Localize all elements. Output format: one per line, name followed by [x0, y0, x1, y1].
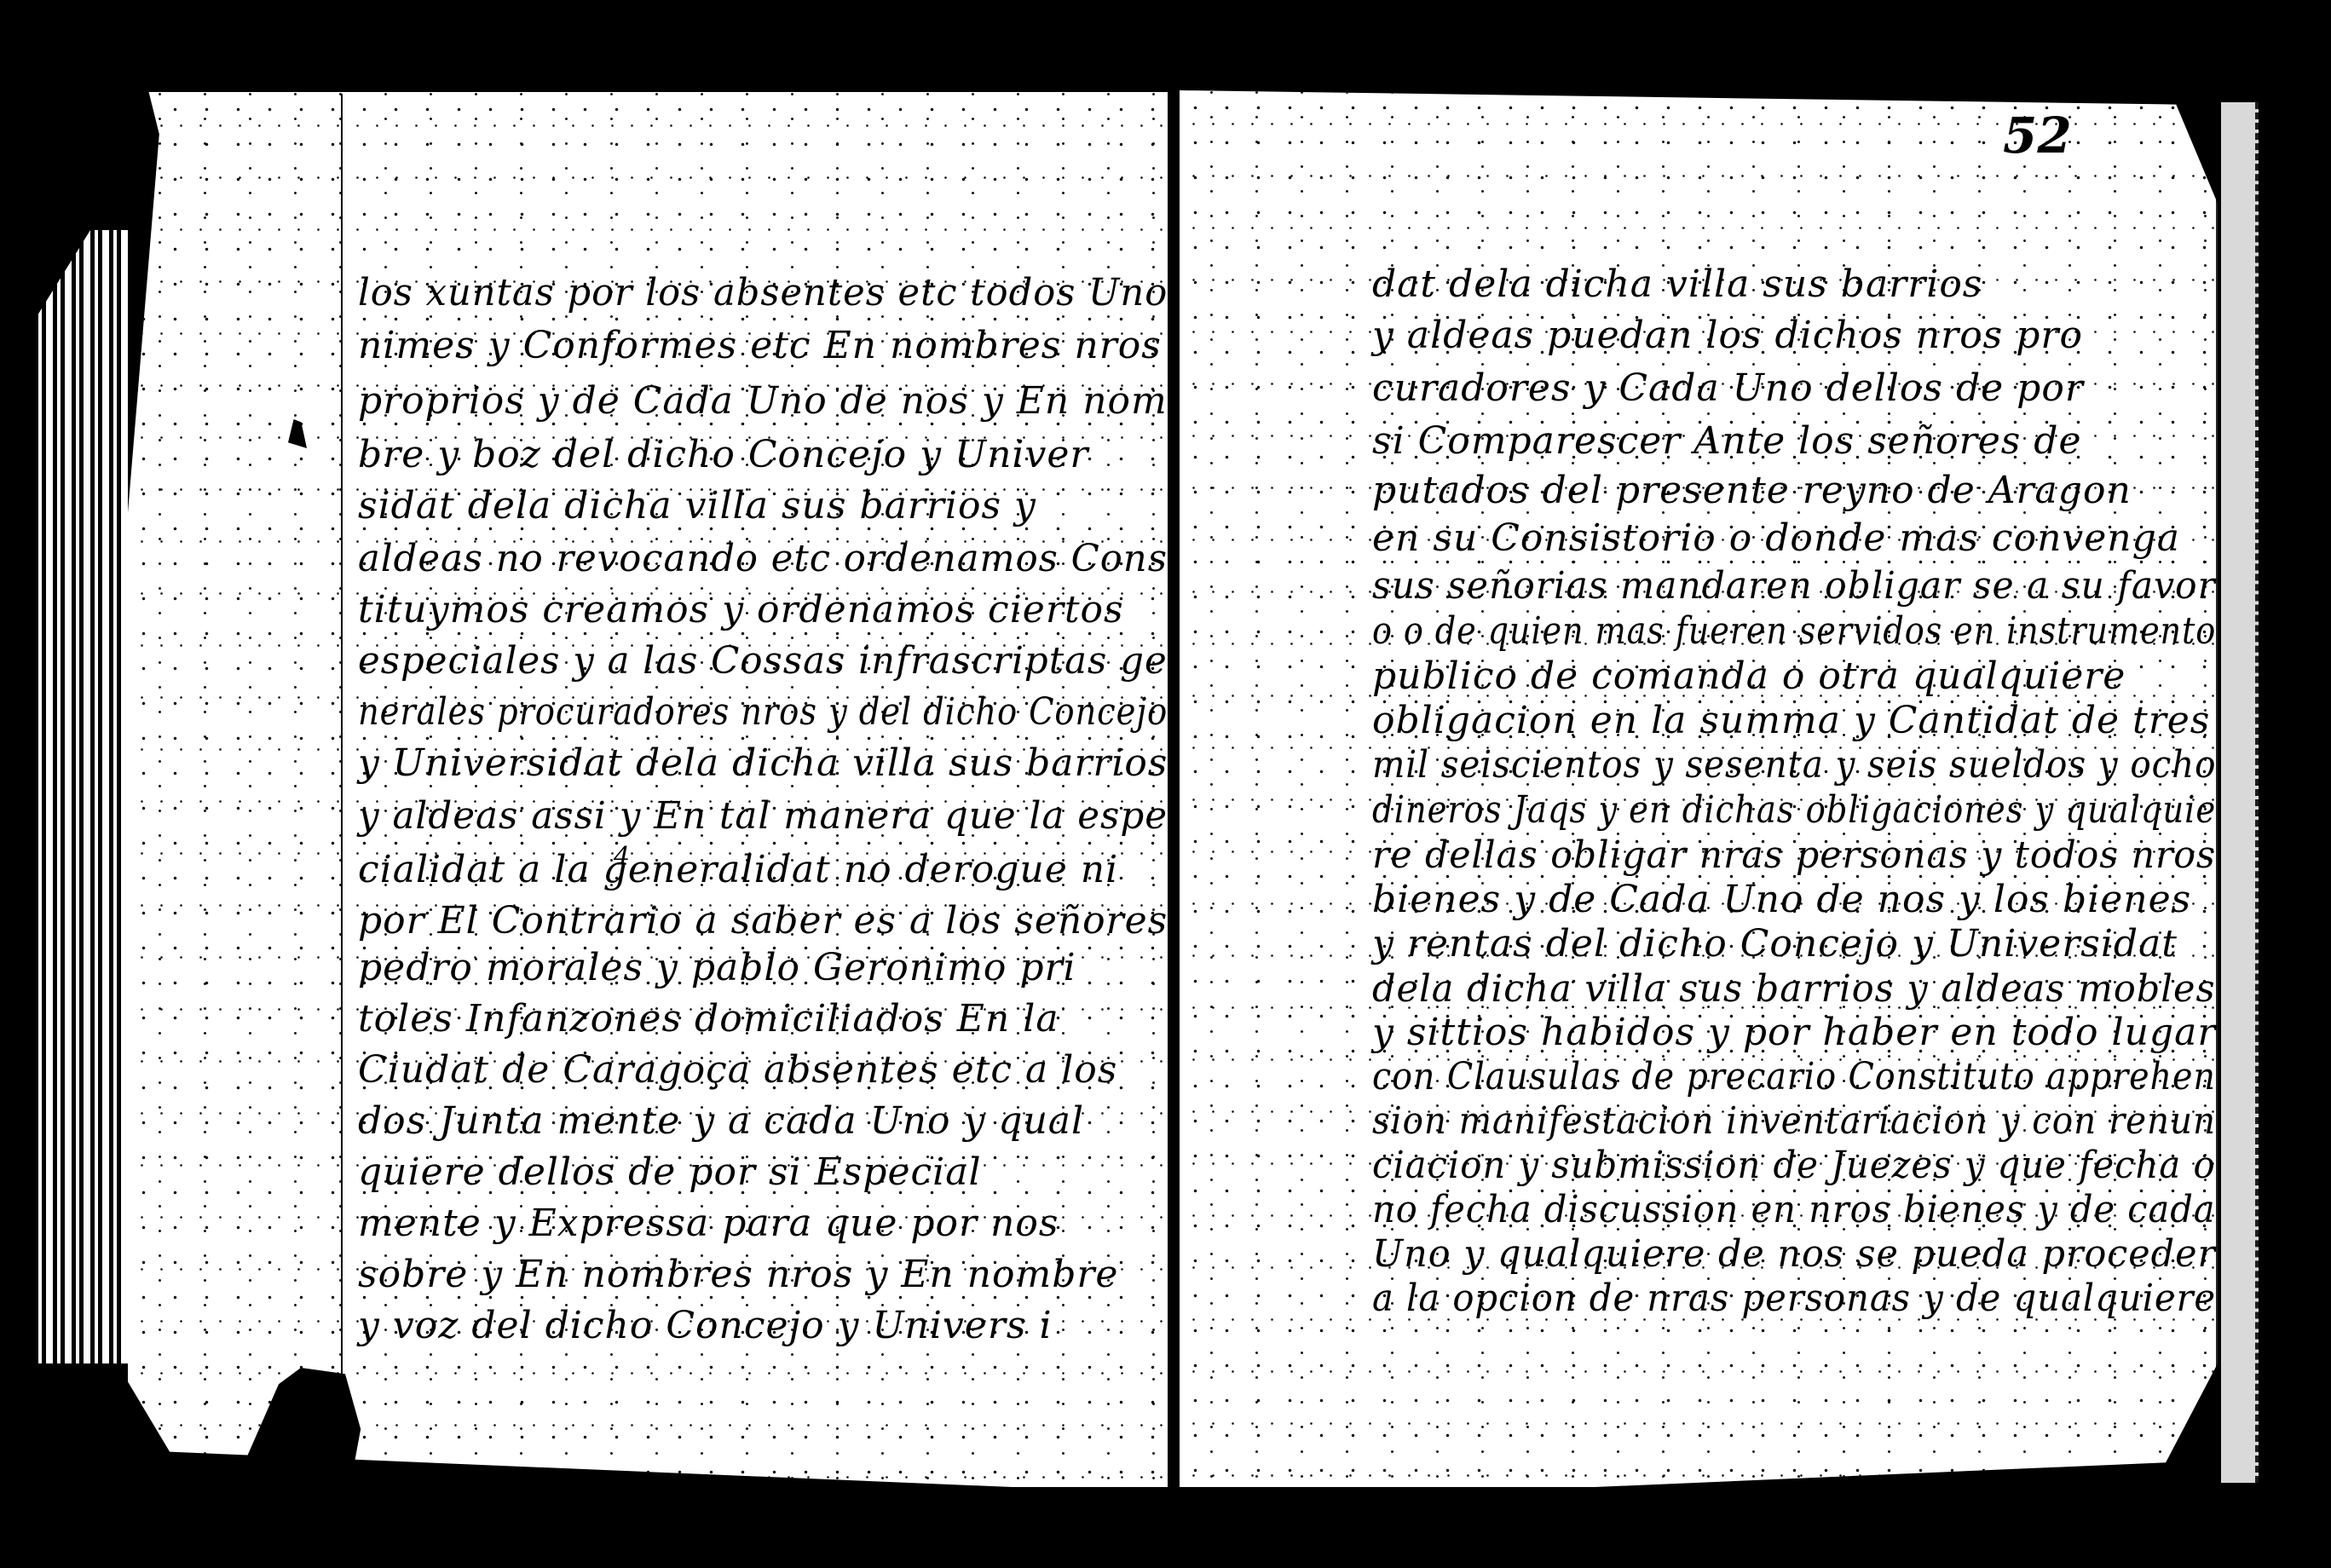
text-line: obligacion en la summa y Cantidat de tre…	[1372, 699, 2210, 742]
text-line: mente y Expressa para que por nos	[358, 1202, 1059, 1245]
text-line: con Clausulas de precario Constituto app…	[1372, 1055, 2216, 1098]
text-line: ciacion y submission de Juezes y que fec…	[1372, 1144, 2216, 1187]
text-line: nimes y Conformes etc En nombres nros	[358, 324, 1162, 367]
text-line: Ciudat de Caragoça absentes etc a los	[358, 1048, 1117, 1092]
text-line: curadores y Cada Uno dellos de por	[1372, 366, 2084, 410]
text-line: publico de comanda o otra qualquiere	[1372, 654, 2126, 698]
text-line: putados del presente reyno de Aragon	[1372, 469, 2132, 512]
text-line: sus señorias mandaren obligar se a su fa…	[1372, 564, 2216, 608]
text-line: toles Infanzones domiciliados En la	[358, 997, 1059, 1041]
folio-number: 52	[2003, 107, 2072, 164]
text-line: sidat dela dicha villa sus barrios y	[358, 484, 1036, 527]
book-spine	[1168, 89, 1180, 1521]
left-margin-rule	[341, 94, 343, 1500]
text-line: dela dicha villa sus barrios y aldeas mo…	[1372, 967, 2216, 1011]
left-book-edge	[34, 230, 128, 1363]
text-line: quiere dellos de por si Especial	[358, 1150, 982, 1194]
text-line: re dellas obligar nras personas y todos …	[1372, 833, 2216, 877]
text-line: y aldeas puedan los dichos nros pro	[1372, 314, 2083, 357]
text-line: dos Junta mente y a cada Uno y qual	[358, 1099, 1084, 1143]
text-line: no fecha discussion en nros bienes y de …	[1372, 1188, 2216, 1231]
text-line: sion manifestacion inventariacion y con …	[1372, 1099, 2216, 1143]
text-line: en su Consistorio o donde mas convenga	[1372, 516, 2180, 560]
text-line: sobre y En nombres nros y En nombre	[358, 1253, 1118, 1296]
text-line: dineros Jaqs y en dichas obligaciones y …	[1372, 788, 2216, 832]
text-line: a la opcion de nras personas y de qualqu…	[1372, 1277, 2216, 1320]
text-line: o o de quien mas fueren servidos en inst…	[1372, 609, 2216, 653]
text-line: nerales procuradores nros y del dicho Co…	[358, 690, 1168, 734]
text-line: y voz del dicho Concejo y Univers i	[358, 1304, 1053, 1347]
text-line: Uno y qualquiere de nos se pueda procede…	[1372, 1232, 2216, 1276]
text-line: pedro morales y pablo Geronimo pri	[358, 946, 1076, 989]
manuscript-scan: 52 4 los xuntas por los absentes etc tod…	[0, 0, 2331, 1568]
text-line: dat dela dicha villa sus barrios	[1372, 262, 1982, 306]
text-line: tituymos creamos y ordenamos ciertos	[358, 588, 1124, 631]
text-line: y rentas del dicho Concejo y Universidat	[1372, 922, 2178, 966]
text-line: bre y boz del dicho Concejo y Univer	[358, 433, 1088, 476]
text-line: y aldeas assi y En tal manera que la esp…	[358, 794, 1168, 838]
text-line: y sittios habidos y por haber en todo lu…	[1372, 1011, 2216, 1054]
text-line: los xuntas por los absentes etc todos Un…	[358, 271, 1168, 314]
bottom-shadow	[0, 1487, 2331, 1568]
text-line: proprios y de Cada Uno de nos y En nom	[358, 379, 1168, 423]
text-line: si Comparescer Ante los señores de	[1372, 419, 2082, 463]
right-book-edge	[2216, 102, 2259, 1483]
text-line: mil seiscientos y sesenta y seis sueldos…	[1372, 743, 2216, 787]
text-line: por El Contrario a saber es a los señore…	[358, 899, 1168, 943]
text-line: aldeas no revocando etc ordenamos Cons	[358, 537, 1168, 580]
text-line: cialidat a la generalidat no derogue ni	[358, 848, 1118, 891]
text-line: y Universidat dela dicha villa sus barri…	[358, 741, 1168, 785]
text-line: bienes y de Cada Uno de nos y los bienes	[1372, 878, 2191, 921]
text-line: especiales y a las Cossas infrascriptas …	[358, 639, 1168, 683]
